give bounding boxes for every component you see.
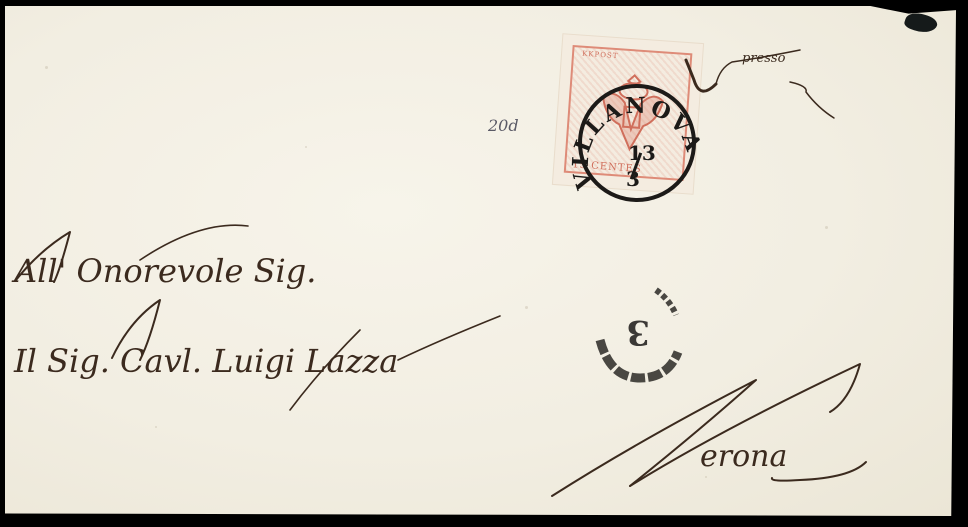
pen-flourish: presso (686, 50, 834, 118)
circular-postmark: VILLANOVA 13 3 (568, 86, 707, 200)
postmark-month: 3 (626, 167, 640, 191)
city-strokes (552, 364, 866, 496)
postmark-day: 13 (628, 141, 656, 165)
address-city: erona (700, 439, 787, 474)
ink-overlay: VILLANOVA 13 3 3 presso 20d All' Onorevo… (0, 0, 968, 527)
pencil-note: 20d (487, 116, 519, 135)
address-line-1: All' Onorevole Sig. (11, 252, 316, 290)
top-right-note: presso (742, 51, 786, 66)
numeral-3: 3 (626, 312, 650, 352)
address-line-2: Il Sig. Cavl. Luigi Lazza (13, 342, 398, 380)
numeral-handstamp: 3 (600, 290, 678, 378)
